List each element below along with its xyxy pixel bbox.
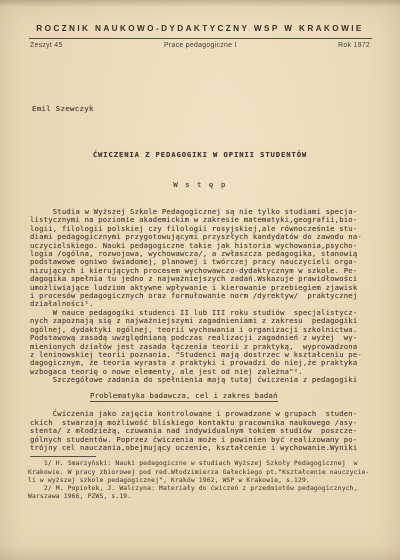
- footnotes: 1/ H. Smarzyński: Nauki pedagogiczne w s…: [28, 460, 390, 500]
- paragraph-3: Ćwiczenia jako zajęcia kontrolowane i pr…: [30, 410, 374, 452]
- journal-title: ROCZNIK NAUKOWO-DYDAKTYCZNY WSP W KRAKOW…: [0, 0, 400, 33]
- text-line: Szczegółowe zadania do spełnienia mają t…: [30, 376, 374, 384]
- series-label: Prace pedagogiczne I: [164, 42, 237, 49]
- text-line: Krakowie. W pracy zbiorowej pod red.Włod…: [28, 469, 390, 477]
- intro-section-heading: W s t ę p: [0, 180, 400, 189]
- masthead-divider: [29, 38, 372, 39]
- text-line: trójny cel nauczania,obejmujący uczenie,…: [30, 444, 374, 452]
- section-heading: Problematyka badawcza, cel i zakres bada…: [90, 392, 278, 403]
- text-line: Warszawa 1966, PZWS, s.19.: [28, 493, 390, 501]
- article-title: ĆWICZENIA Z PEDAGOGIKI W OPINII STUDENTÓ…: [0, 150, 400, 159]
- text-line: 1/ H. Smarzyński: Nauki pedagogiczne w s…: [28, 460, 390, 468]
- section-heading-wrap: Problematyka badawcza, cel i zakres bada…: [90, 392, 374, 403]
- article-body: Studia w Wyższej Szkole Pedagogicznej są…: [30, 208, 374, 452]
- paragraph-2: W nauce pedagogiki studenci II lub III r…: [30, 309, 374, 385]
- footnote-divider: [30, 456, 96, 457]
- masthead-meta-row: Zeszyt 45 Prace pedagogiczne I Rok 1972: [30, 42, 370, 49]
- text-line: 2/ M. Popiołek, J. Walczyna: Materiały d…: [28, 485, 390, 493]
- year-label: Rok 1972: [338, 42, 370, 49]
- scanned-page: ROCZNIK NAUKOWO-DYDAKTYCZNY WSP W KRAKOW…: [0, 0, 400, 560]
- issue-label: Zeszyt 45: [30, 42, 63, 49]
- author-name: Emil Szewczyk: [32, 104, 400, 113]
- text-line: li w wyższej szkole pedagogicznej", Krak…: [28, 477, 390, 485]
- paragraph-1: Studia w Wyższej Szkole Pedagogicznej są…: [30, 208, 374, 309]
